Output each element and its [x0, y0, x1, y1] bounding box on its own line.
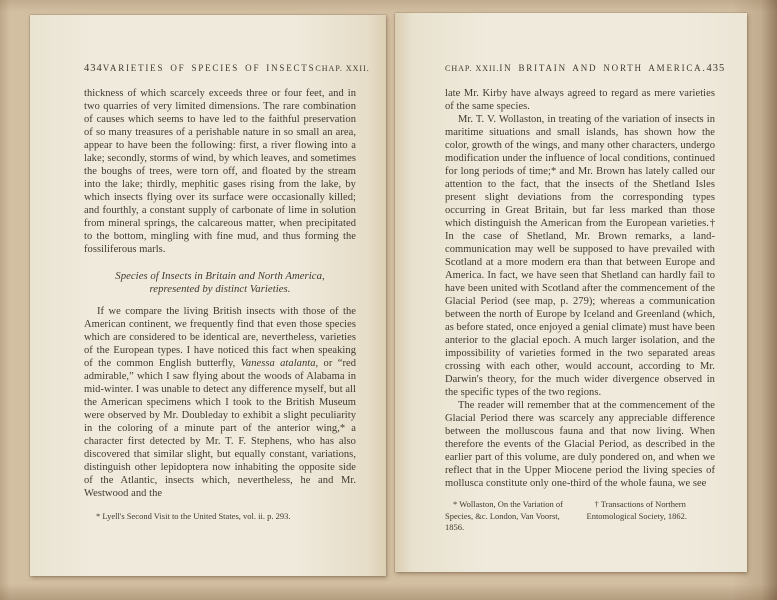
paragraph: The reader will remember that at the com…: [445, 399, 715, 490]
page-number: 434: [84, 63, 103, 74]
footnote-left-page: * Lyell's Second Visit to the United Sta…: [84, 511, 356, 522]
footnote: † Transactions of Northern Entomological…: [587, 499, 716, 534]
paragraph: Mr. T. V. Wollaston, in treating of the …: [445, 113, 715, 399]
running-title: IN BRITAIN AND NORTH AMERICA.: [499, 63, 706, 73]
running-title: VARIETIES OF SPECIES OF INSECTS: [103, 63, 316, 73]
page-body-left: thickness of which scarcely exceeds thre…: [84, 87, 356, 500]
running-header-right: CHAP. XXII. IN BRITAIN AND NORTH AMERICA…: [445, 63, 715, 74]
paragraph: thickness of which scarcely exceeds thre…: [84, 87, 356, 256]
page-body-right: late Mr. Kirby have always agreed to reg…: [445, 87, 715, 490]
page-number: 435: [707, 63, 726, 74]
chapter-label: CHAP. XXII.: [315, 64, 369, 73]
section-heading: Species of Insects in Britain and North …: [90, 270, 350, 296]
page-434: 434 VARIETIES OF SPECIES OF INSECTS CHAP…: [30, 15, 386, 576]
footnotes-right-page: * Wollaston, On the Variation of Species…: [445, 499, 715, 534]
footnote: * Wollaston, On the Variation of Species…: [445, 499, 574, 534]
page-435: CHAP. XXII. IN BRITAIN AND NORTH AMERICA…: [395, 13, 747, 572]
paragraph: late Mr. Kirby have always agreed to reg…: [445, 87, 715, 113]
paragraph: If we compare the living British insects…: [84, 305, 356, 500]
running-header-left: 434 VARIETIES OF SPECIES OF INSECTS CHAP…: [84, 63, 356, 74]
chapter-label: CHAP. XXII.: [445, 64, 499, 73]
book-scan: 434 VARIETIES OF SPECIES OF INSECTS CHAP…: [0, 0, 777, 600]
